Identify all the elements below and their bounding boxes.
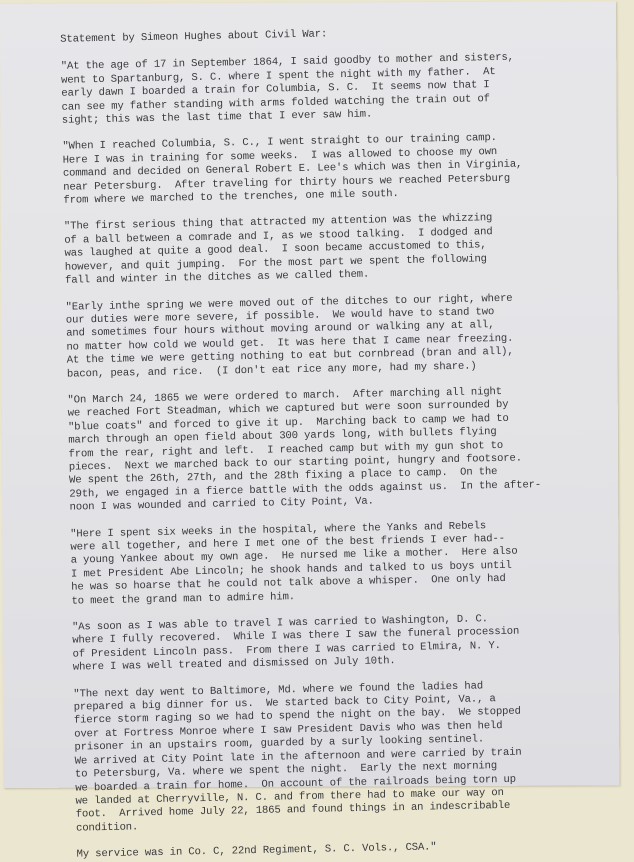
paragraph: "At the age of 17 in September 1864, I s…	[61, 51, 572, 128]
paragraph: "On March 24, 1865 we were ordered to ma…	[67, 384, 579, 515]
statement-text: Statement by Simeon Hughes about Civil W…	[60, 24, 587, 800]
paragraphs: "At the age of 17 in September 1864, I s…	[61, 51, 586, 800]
typewritten-page: Statement by Simeon Hughes about Civil W…	[0, 1, 619, 788]
paragraph: "The first serious thing that attracted …	[64, 211, 575, 288]
paragraph: "As soon as I was able to travel I was c…	[72, 611, 583, 675]
paragraph: "The next day went to Baltimore, Md. whe…	[73, 678, 586, 800]
paragraph: "When I reached Columbia, S. C., I went …	[62, 131, 573, 208]
paragraph: "Here I spent six weeks in the hospital,…	[70, 518, 582, 609]
document-title: Statement by Simeon Hughes about Civil W…	[60, 24, 570, 48]
paragraph: "Early inthe spring we were moved out of…	[65, 291, 577, 382]
